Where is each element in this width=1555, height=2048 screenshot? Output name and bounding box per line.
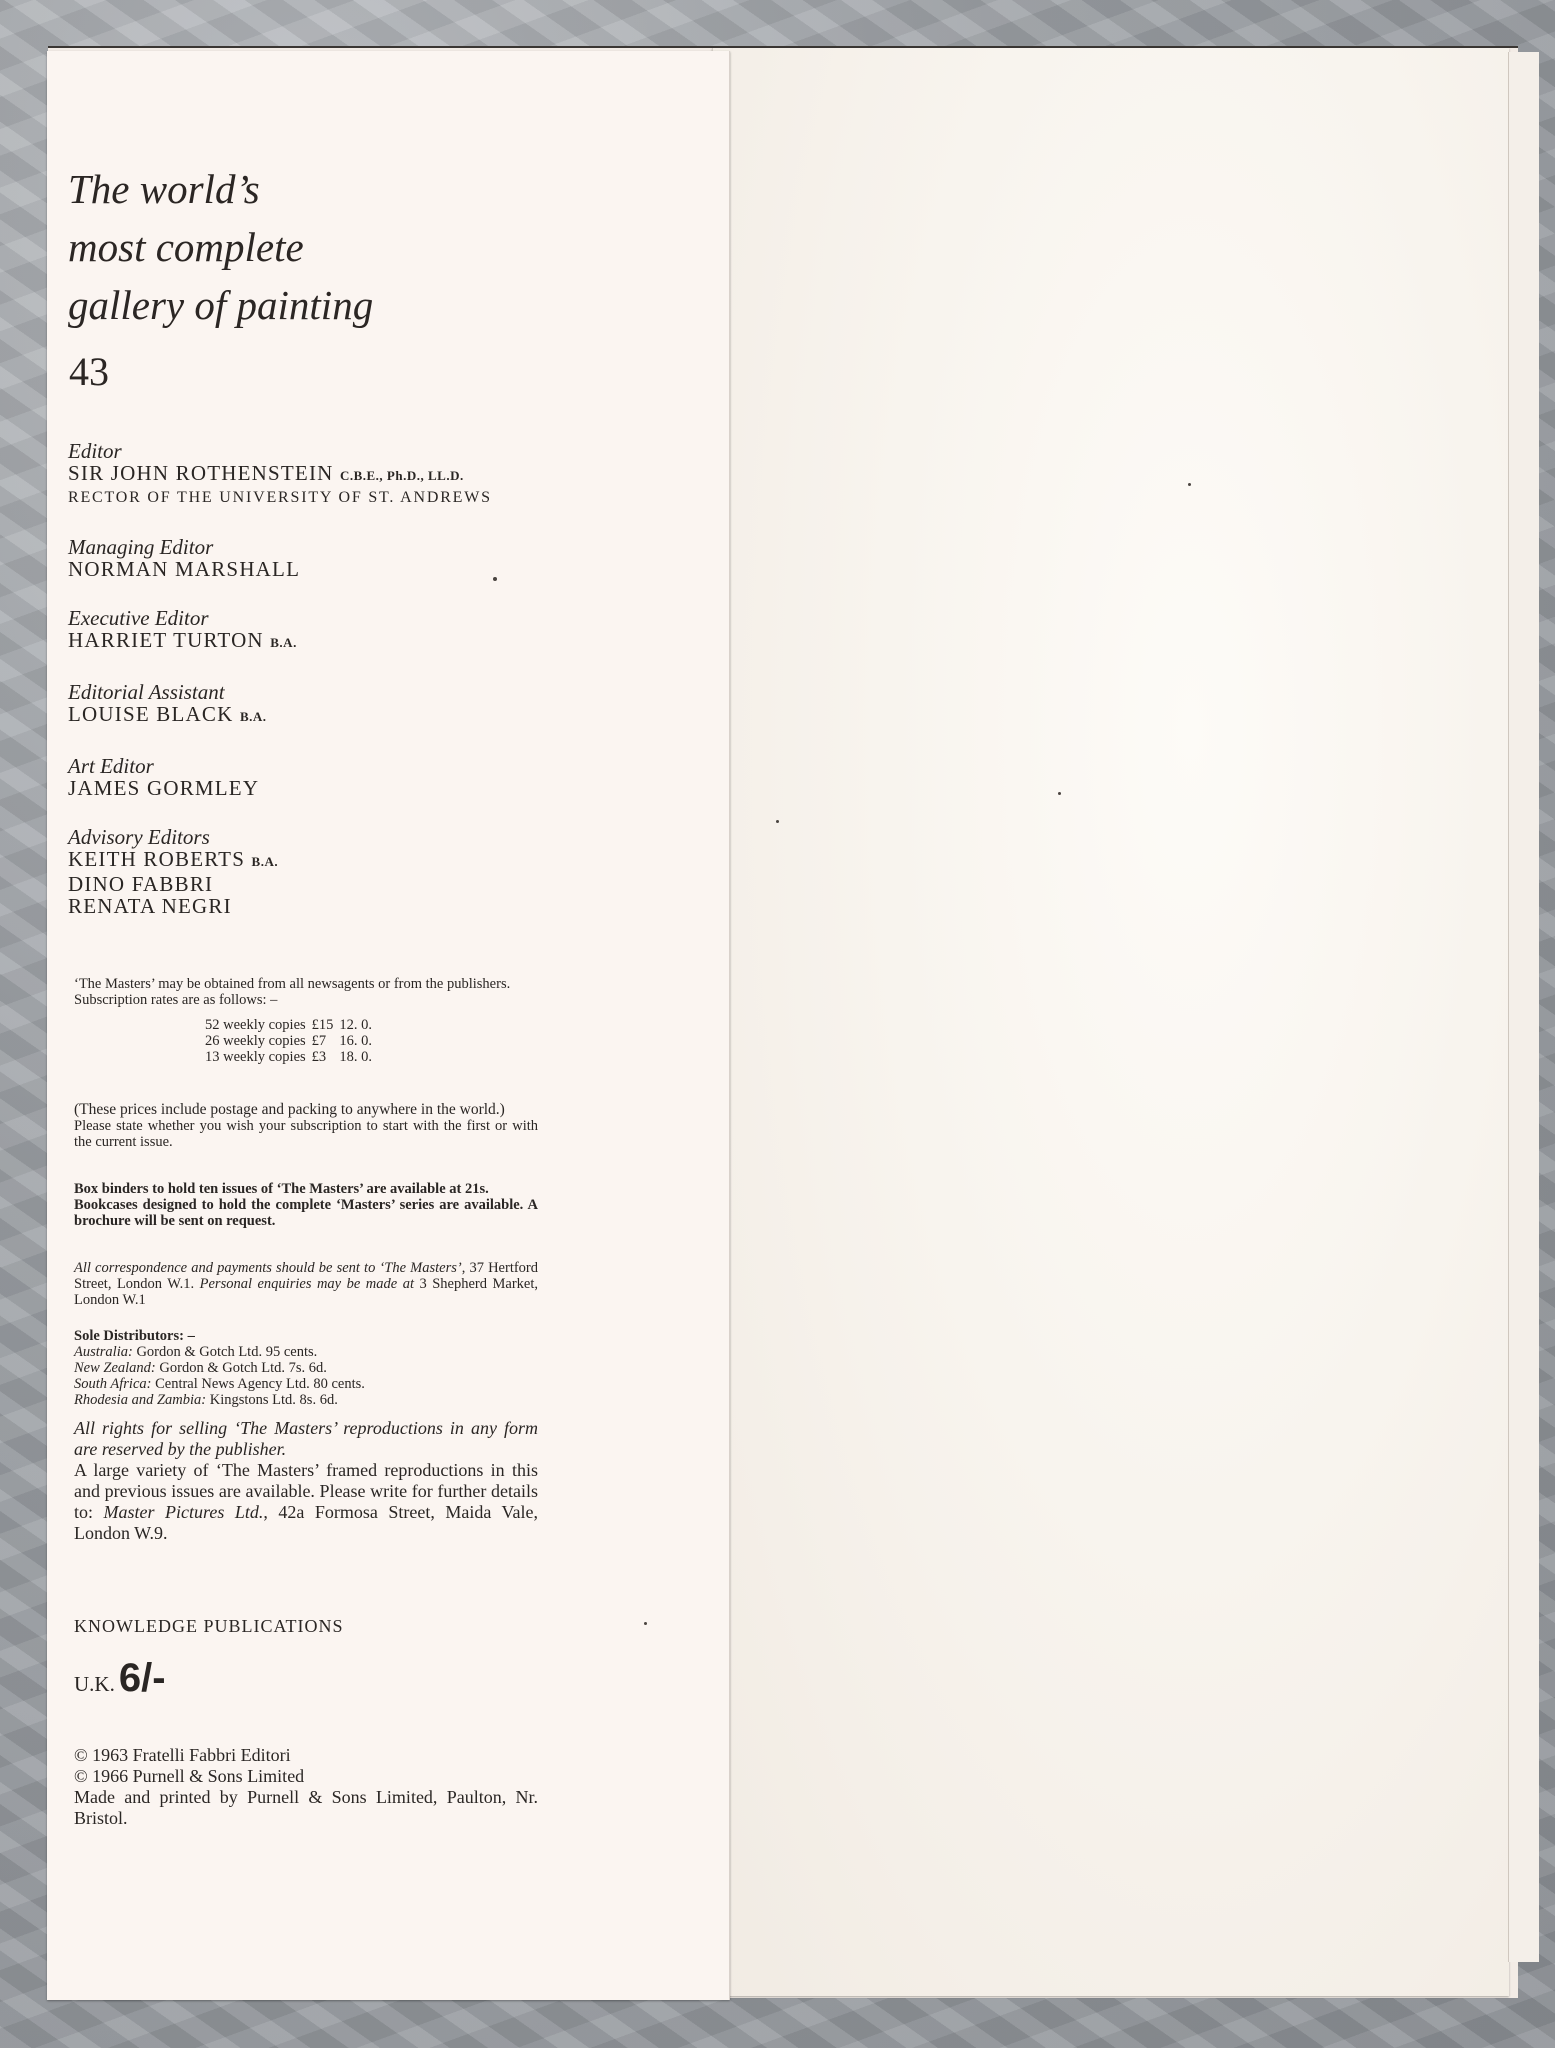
framed-reproductions: A large variety of ‘The Masters’ framed …	[74, 1460, 538, 1544]
copyright-block: © 1963 Fratelli Fabbri Editori © 1966 Pu…	[74, 1745, 538, 1829]
name-text: KEITH ROBERTS	[68, 847, 245, 871]
rates-table: 52 weekly copies £15 12. 0. 26 weekly co…	[205, 1017, 378, 1065]
staff-art-editor: Art Editor JAMES GORMLEY	[68, 755, 628, 799]
editor-subtitle: RECTOR OF THE UNIVERSITY OF ST. ANDREWS	[68, 487, 628, 509]
staff-editorial-assistant: Editorial Assistant LOUISE BLACK B.A.	[68, 681, 628, 728]
availability-text: ‘The Masters’ may be obtained from all n…	[74, 976, 538, 992]
printer-line: Made and printed by Purnell & Sons Limit…	[74, 1787, 538, 1829]
headline: The world’s most complete gallery of pai…	[68, 160, 373, 334]
price-region: U.K.	[74, 1672, 115, 1696]
distributors-heading: Sole Distributors: –	[74, 1328, 538, 1344]
distributor-region: New Zealand:	[74, 1360, 156, 1376]
qualifications: B.A.	[240, 709, 267, 724]
company-name: Master Pictures Ltd.	[104, 1502, 264, 1522]
role-label: Executive Editor	[68, 607, 628, 629]
staff-name: HARRIET TURTON B.A.	[68, 629, 628, 654]
copyright-line: © 1963 Fratelli Fabbri Editori	[74, 1745, 538, 1766]
name-text: HARRIET TURTON	[68, 628, 264, 652]
postage-note: (These prices include postage and packin…	[74, 1102, 538, 1118]
staff-name: KEITH ROBERTS B.A.	[68, 848, 628, 873]
rate-shillings: 12. 0.	[339, 1017, 378, 1033]
rate-pounds: £3	[312, 1049, 340, 1065]
role-label: Managing Editor	[68, 536, 628, 558]
staff-name: LOUISE BLACK B.A.	[68, 703, 628, 728]
publisher-name: KNOWLEDGE PUBLICATIONS	[74, 1616, 538, 1637]
price-value: 6/-	[119, 1656, 166, 1700]
start-note: Please state whether you wish your subsc…	[74, 1118, 538, 1150]
name-text: SIR JOHN ROTHENSTEIN	[68, 461, 334, 485]
rate-copies: 13 weekly copies	[205, 1049, 312, 1065]
price-block: U.K. 6/-	[74, 1656, 538, 1701]
name-text: LOUISE BLACK	[68, 702, 233, 726]
right-blank-page	[712, 48, 1509, 1996]
qualifications: B.A.	[270, 635, 297, 650]
rate-row: 26 weekly copies £7 16. 0.	[205, 1033, 378, 1049]
distributor-detail: Gordon & Gotch Ltd. 95 cents.	[133, 1344, 317, 1360]
distributor-row: Rhodesia and Zambia: Kingstons Ltd. 8s. …	[74, 1392, 538, 1408]
rate-shillings: 16. 0.	[339, 1033, 378, 1049]
staff-advisory-editors: Advisory Editors KEITH ROBERTS B.A. DINO…	[68, 826, 628, 917]
distributor-region: South Africa:	[74, 1376, 151, 1392]
qualifications: C.B.E., Ph.D., LL.D.	[340, 468, 464, 483]
distributor-detail: Gordon & Gotch Ltd. 7s. 6d.	[156, 1360, 327, 1376]
distributor-row: New Zealand: Gordon & Gotch Ltd. 7s. 6d.	[74, 1360, 538, 1376]
box-binders-text: Box binders to hold ten issues of ‘The M…	[74, 1181, 538, 1197]
role-label: Art Editor	[68, 755, 628, 777]
rate-copies: 26 weekly copies	[205, 1033, 312, 1049]
headline-line: most complete	[68, 218, 373, 276]
correspondence-info: All correspondence and payments should b…	[74, 1260, 538, 1308]
postage-notes: (These prices include postage and packin…	[74, 1102, 538, 1150]
staff-managing-editor: Managing Editor NORMAN MARSHALL	[68, 536, 628, 580]
staff-name: RENATA NEGRI	[68, 895, 628, 917]
headline-line: The world’s	[68, 160, 373, 218]
distributor-region: Australia:	[74, 1344, 133, 1360]
staff-name: NORMAN MARSHALL	[68, 558, 628, 580]
copyright-line: © 1966 Purnell & Sons Limited	[74, 1766, 538, 1787]
correspondence-italic: All correspondence and payments should b…	[74, 1260, 462, 1276]
staff-name: DINO FABBRI	[68, 873, 628, 895]
binders-info: Box binders to hold ten issues of ‘The M…	[74, 1181, 538, 1229]
rate-pounds: £15	[312, 1017, 340, 1033]
staff-name: SIR JOHN ROTHENSTEIN C.B.E., Ph.D., LL.D…	[68, 462, 628, 487]
distributors-info: Sole Distributors: – Australia: Gordon &…	[74, 1328, 538, 1408]
distributor-row: Australia: Gordon & Gotch Ltd. 95 cents.	[74, 1344, 538, 1360]
issue-number: 43	[69, 348, 109, 395]
bookcases-text: Bookcases designed to hold the complete …	[74, 1197, 538, 1229]
headline-line: gallery of painting	[68, 276, 373, 334]
ink-speck	[776, 820, 779, 823]
staff-list: Editor SIR JOHN ROTHENSTEIN C.B.E., Ph.D…	[68, 440, 628, 944]
rights-reserved: All rights for selling ‘The Masters’ rep…	[74, 1418, 538, 1460]
staff-executive-editor: Executive Editor HARRIET TURTON B.A.	[68, 607, 628, 654]
distributor-region: Rhodesia and Zambia:	[74, 1392, 206, 1408]
staff-editor: Editor SIR JOHN ROTHENSTEIN C.B.E., Ph.D…	[68, 440, 628, 509]
rate-row: 52 weekly copies £15 12. 0.	[205, 1017, 378, 1033]
subscription-info: ‘The Masters’ may be obtained from all n…	[74, 976, 538, 1065]
distributor-row: South Africa: Central News Agency Ltd. 8…	[74, 1376, 538, 1392]
ink-speck	[1058, 792, 1061, 795]
rights-info: All rights for selling ‘The Masters’ rep…	[74, 1418, 538, 1544]
distributor-detail: Kingstons Ltd. 8s. 6d.	[206, 1392, 338, 1408]
role-label: Advisory Editors	[68, 826, 628, 848]
rates-label: Subscription rates are as follows: –	[74, 992, 538, 1008]
rate-shillings: 18. 0.	[339, 1049, 378, 1065]
enquiries-italic: Personal enquiries may be made at	[200, 1276, 414, 1292]
rate-row: 13 weekly copies £3 18. 0.	[205, 1049, 378, 1065]
page-edge-strip	[1508, 52, 1539, 1962]
role-label: Editorial Assistant	[68, 681, 628, 703]
ink-speck	[644, 1622, 647, 1625]
distributor-detail: Central News Agency Ltd. 80 cents.	[151, 1376, 364, 1392]
role-label: Editor	[68, 440, 628, 462]
qualifications: B.A.	[252, 854, 279, 869]
ink-speck	[1188, 483, 1191, 486]
staff-name: JAMES GORMLEY	[68, 777, 628, 799]
rate-pounds: £7	[312, 1033, 340, 1049]
rate-copies: 52 weekly copies	[205, 1017, 312, 1033]
